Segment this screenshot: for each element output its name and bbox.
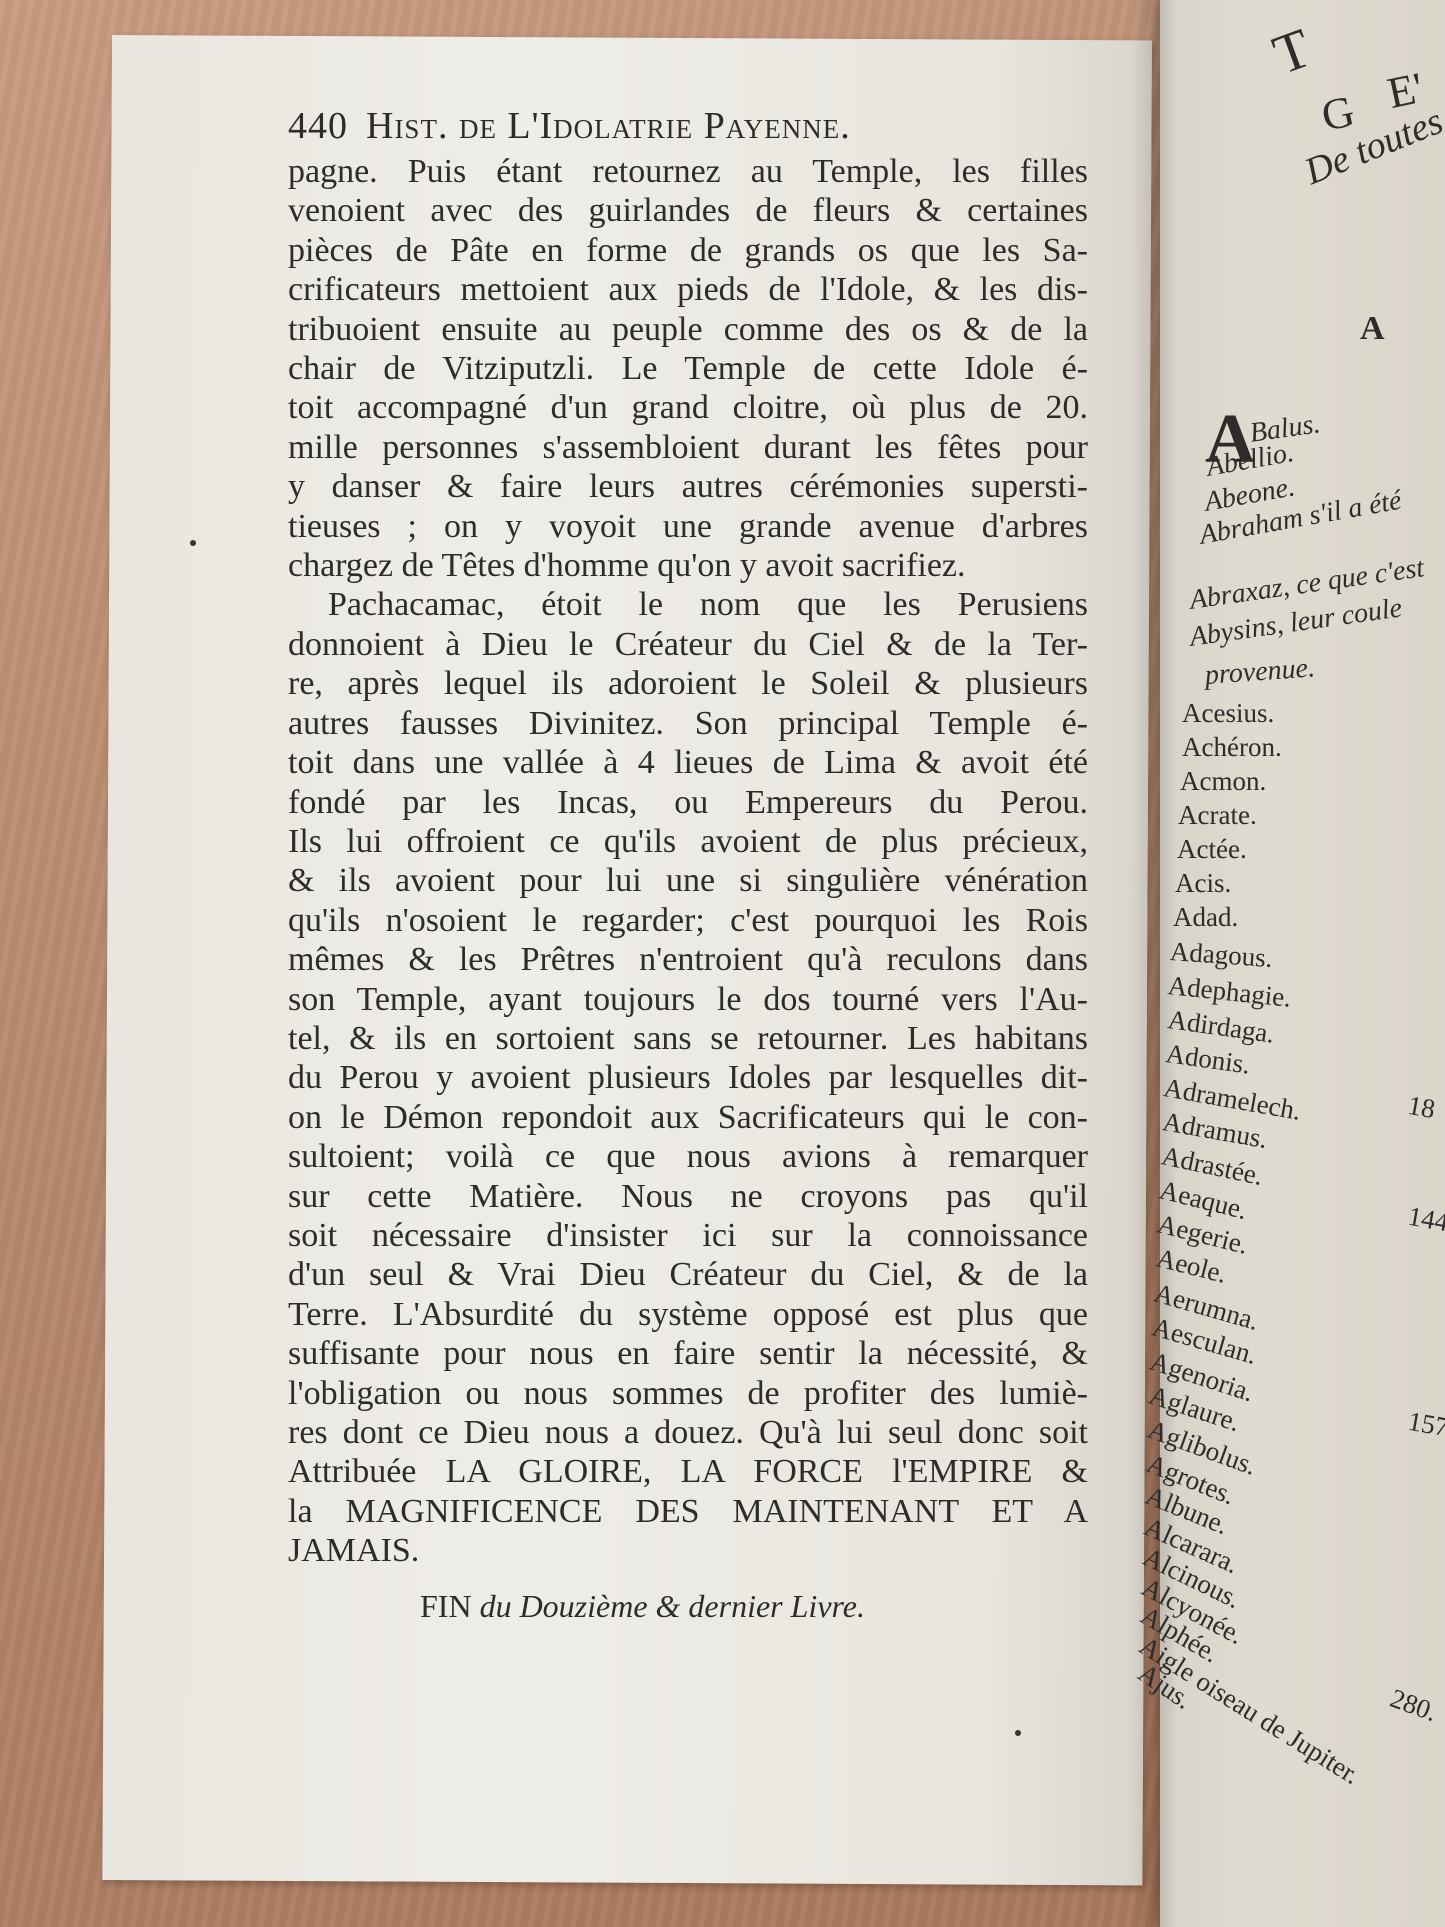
text-line: crificateurs mettoient aux pieds de l'Id… bbox=[288, 270, 1088, 309]
text-line: la MAGNIFICENCE DES MAINTENANT ET A bbox=[288, 1492, 1088, 1531]
index-entry: Acis. bbox=[1175, 868, 1231, 899]
index-entry-name: Acis. bbox=[1175, 868, 1231, 898]
text-line: chargez de Têtes d'homme qu'on y avoit s… bbox=[288, 546, 1088, 585]
index-entry: Achéron. bbox=[1182, 732, 1282, 763]
text-line: soit nécessaire d'insister ici sur la co… bbox=[288, 1216, 1088, 1255]
text-line: sultoient; voilà ce que nous avions à re… bbox=[288, 1137, 1088, 1176]
text-line: pagne. Puis étant retournez au Temple, l… bbox=[288, 152, 1088, 191]
text-line: toit dans une vallée à 4 lieues de Lima … bbox=[288, 743, 1088, 782]
text-line: sur cette Matière. Nous ne croyons pas q… bbox=[288, 1177, 1088, 1216]
running-head-title: Hist. de L'Idolatrie Payenne. bbox=[366, 105, 851, 147]
text-line: toit accompagné d'un grand cloitre, où p… bbox=[288, 388, 1088, 427]
index-entry: Acrate. bbox=[1178, 800, 1257, 831]
text-line: y danser & faire leurs autres cérémonies… bbox=[288, 467, 1088, 506]
index-entry-name: Acesius. bbox=[1182, 698, 1274, 728]
text-line: mêmes & les Prêtres n'entroient qu'à rec… bbox=[288, 940, 1088, 979]
index-entry: Acmon. bbox=[1180, 766, 1266, 797]
body-text: pagne. Puis étant retournez au Temple, l… bbox=[288, 152, 1088, 1571]
index-entry: Acesius. bbox=[1182, 698, 1274, 729]
page-number: 440 bbox=[288, 105, 348, 147]
text-line: tieuses ; on y voyoit une grande avenue … bbox=[288, 507, 1088, 546]
text-line: mille personnes s'assembloient durant le… bbox=[288, 428, 1088, 467]
text-line: venoient avec des guirlandes de fleurs &… bbox=[288, 191, 1088, 230]
index-entry-name: Achéron. bbox=[1182, 732, 1282, 762]
ink-spot bbox=[190, 540, 196, 546]
index-section-letter: A bbox=[1360, 310, 1385, 348]
text-line: du Perou y avoient plusieurs Idoles par … bbox=[288, 1058, 1088, 1097]
text-line: d'un seul & Vrai Dieu Créateur du Ciel, … bbox=[288, 1255, 1088, 1294]
running-head: 440Hist. de L'Idolatrie Payenne. bbox=[288, 104, 1088, 148]
text-line: autres fausses Divinitez. Son principal … bbox=[288, 704, 1088, 743]
text-line: tribuoient ensuite au peuple comme des o… bbox=[288, 310, 1088, 349]
text-line: Terre. L'Absurdité du système opposé est… bbox=[288, 1295, 1088, 1334]
text-line: Ils lui offroient ce qu'ils avoient de p… bbox=[288, 822, 1088, 861]
text-line: res dont ce Dieu nous a douez. Qu'à lui … bbox=[288, 1413, 1088, 1452]
index-page-ref: 18 bbox=[1406, 1090, 1438, 1125]
text-line: son Temple, ayant toujours le dos tourné… bbox=[288, 980, 1088, 1019]
index-entry-name: provenue. bbox=[1204, 652, 1316, 691]
index-entry-name: Acmon. bbox=[1180, 766, 1266, 796]
text-line: Attribuée LA GLOIRE, LA FORCE l'EMPIRE & bbox=[288, 1452, 1088, 1491]
closing-line: FIN du Douzième & dernier Livre. bbox=[420, 1588, 865, 1625]
text-line: tel, & ils en sortoient sans se retourne… bbox=[288, 1019, 1088, 1058]
closing-phrase: du Douzième & dernier Livre. bbox=[480, 1588, 865, 1624]
text-line: pièces de Pâte en forme de grands os que… bbox=[288, 231, 1088, 270]
text-line: donnoient à Dieu le Créateur du Ciel & d… bbox=[288, 625, 1088, 664]
text-line: JAMAIS. bbox=[288, 1531, 1088, 1570]
text-line: fondé par les Incas, ou Empereurs du Per… bbox=[288, 783, 1088, 822]
index-entry-name: Actée. bbox=[1177, 834, 1247, 864]
text-line: suffisante pour nous en faire sentir la … bbox=[288, 1334, 1088, 1373]
index-entry: Actée. bbox=[1177, 834, 1247, 865]
left-page-text: 440Hist. de L'Idolatrie Payenne. pagne. … bbox=[288, 104, 1088, 1571]
fin-word: FIN bbox=[420, 1588, 472, 1624]
text-line: Pachacamac, étoit le nom que les Perusie… bbox=[288, 585, 1088, 624]
index-entry-name: Adagous. bbox=[1169, 936, 1274, 973]
text-line: qu'ils n'osoient le regarder; c'est pour… bbox=[288, 901, 1088, 940]
text-line: l'obligation ou nous sommes de profiter … bbox=[288, 1374, 1088, 1413]
text-line: & ils avoient pour lui une si singulière… bbox=[288, 861, 1088, 900]
index-entry-name: Adad. bbox=[1173, 902, 1238, 932]
text-line: re, après lequel ils adoroient le Soleil… bbox=[288, 664, 1088, 703]
ink-spot bbox=[1015, 1730, 1021, 1736]
text-line: on le Démon repondoit aux Sacrificateurs… bbox=[288, 1098, 1088, 1137]
text-line: chair de Vitziputzli. Le Temple de cette… bbox=[288, 349, 1088, 388]
index-entry: Adad. bbox=[1173, 902, 1238, 933]
index-entry-name: Acrate. bbox=[1178, 800, 1257, 830]
